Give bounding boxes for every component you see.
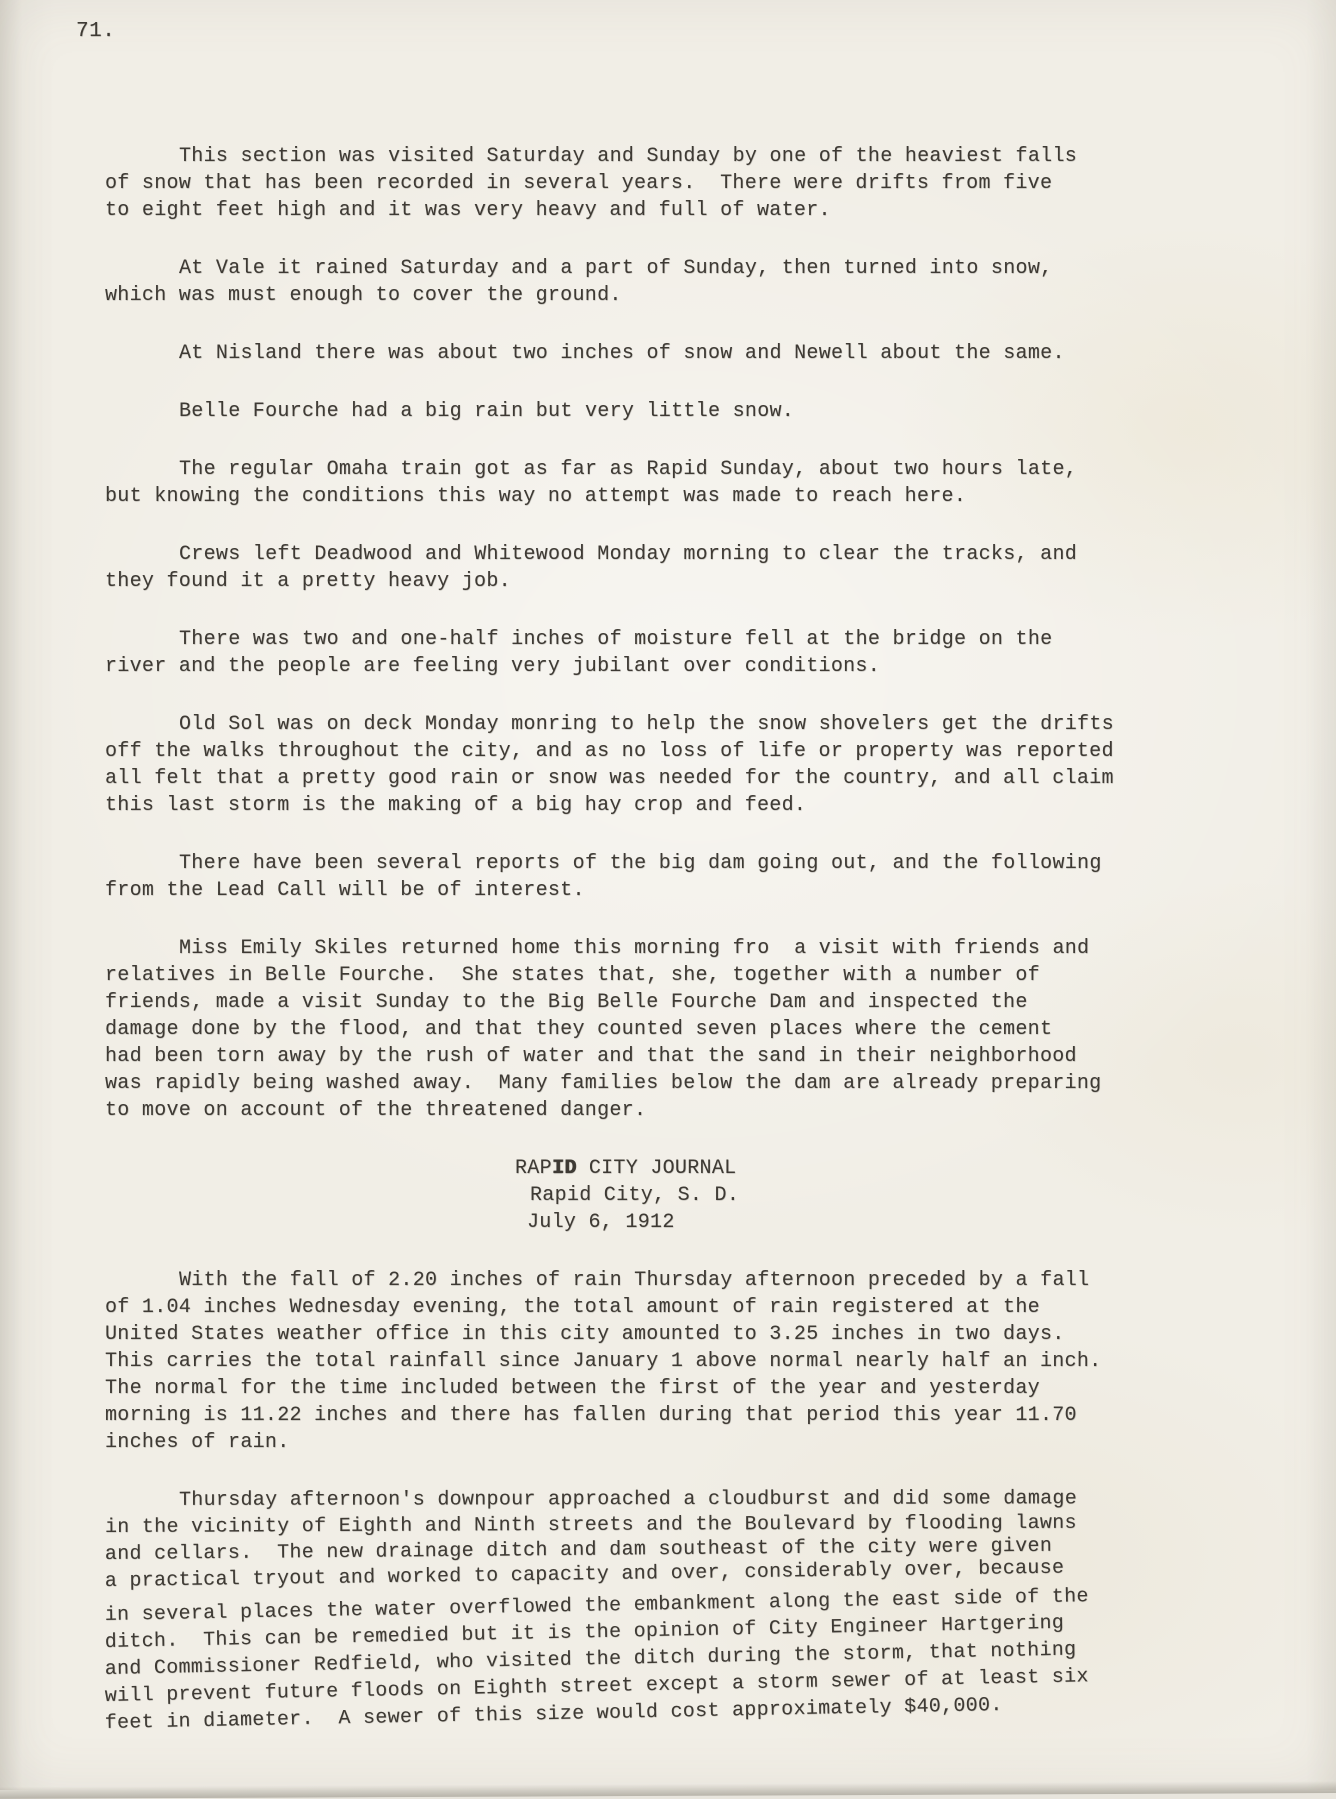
paragraph: Crews left Deadwood and Whitewood Monday… [105, 541, 1295, 595]
text-line: this last storm is the making of a big h… [105, 792, 1295, 819]
paragraph: Old Sol was on deck Monday monring to he… [105, 711, 1295, 819]
text-line: had been torn away by the rush of water … [105, 1043, 1295, 1070]
text-line: relatives in Belle Fourche. She states t… [105, 962, 1295, 989]
text-line: At Nisland there was about two inches of… [105, 340, 1295, 367]
paragraph: With the fall of 2.20 inches of rain Thu… [105, 1267, 1295, 1456]
text-line: to eight feet high and it was very heavy… [105, 197, 1295, 224]
text-line: Crews left Deadwood and Whitewood Monday… [105, 541, 1295, 568]
text-line: all felt that a pretty good rain or snow… [105, 765, 1295, 792]
paragraph: There have been several reports of the b… [105, 850, 1295, 904]
page-number: 71. [76, 20, 115, 43]
text-line: they found it a pretty heavy job. [105, 568, 1295, 595]
text-line: With the fall of 2.20 inches of rain Thu… [105, 1267, 1295, 1294]
paragraph: This section was visited Saturday and Su… [105, 143, 1295, 224]
scanned-document-page: 71. This section was visited Saturday an… [0, 0, 1336, 1790]
text-line: This section was visited Saturday and Su… [105, 143, 1295, 170]
paragraph: Thursday afternoon's downpour approached… [105, 1487, 1295, 1737]
scan-bottom-edge [0, 1781, 1336, 1790]
citation-source-prefix: RAP [515, 1157, 552, 1180]
text-line: Miss Emily Skiles returned home this mor… [105, 935, 1295, 962]
text-line: river and the people are feeling very ju… [105, 653, 1295, 680]
citation-source-overstruck-text: ID [552, 1157, 577, 1180]
paragraph: At Nisland there was about two inches of… [105, 340, 1295, 367]
paragraph: Belle Fourche had a big rain but very li… [105, 398, 1295, 425]
document-body: This section was visited Saturday and Su… [105, 143, 1295, 1768]
text-line: but knowing the conditions this way no a… [105, 483, 1295, 510]
text-line: inches of rain. [105, 1429, 1295, 1456]
paragraph: Miss Emily Skiles returned home this mor… [105, 935, 1295, 1124]
citation-block: RAPID CITY JOURNAL Rapid City, S. D. Jul… [515, 1155, 1295, 1236]
text-line: off the walks throughout the city, and a… [105, 738, 1295, 765]
text-line: which was must enough to cover the groun… [105, 282, 1295, 309]
text-line: There was two and one-half inches of moi… [105, 626, 1295, 653]
paragraph: There was two and one-half inches of moi… [105, 626, 1295, 680]
citation-source-suffix: CITY JOURNAL [577, 1157, 737, 1180]
text-line: morning is 11.22 inches and there has fa… [105, 1402, 1295, 1429]
text-line: Belle Fourche had a big rain but very li… [105, 398, 1295, 425]
citation-source: RAPID CITY JOURNAL [515, 1155, 1295, 1182]
text-line: of 1.04 inches Wednesday evening, the to… [105, 1294, 1295, 1321]
paragraph: At Vale it rained Saturday and a part of… [105, 255, 1295, 309]
text-line: from the Lead Call will be of interest. [105, 877, 1295, 904]
text-line: The normal for the time included between… [105, 1375, 1295, 1402]
text-line: There have been several reports of the b… [105, 850, 1295, 877]
text-line: damage done by the flood, and that they … [105, 1016, 1295, 1043]
paragraph: The regular Omaha train got as far as Ra… [105, 456, 1295, 510]
text-line: Old Sol was on deck Monday monring to he… [105, 711, 1295, 738]
text-line: At Vale it rained Saturday and a part of… [105, 255, 1295, 282]
text-line: of snow that has been recorded in severa… [105, 170, 1295, 197]
text-line: United States weather office in this cit… [105, 1321, 1295, 1348]
text-line: was rapidly being washed away. Many fami… [105, 1070, 1295, 1097]
citation-place: Rapid City, S. D. [515, 1182, 1295, 1209]
text-line: to move on account of the threatened dan… [105, 1097, 1295, 1124]
citation-date: July 6, 1912 [515, 1209, 1295, 1236]
text-line: The regular Omaha train got as far as Ra… [105, 456, 1295, 483]
text-line: friends, made a visit Sunday to the Big … [105, 989, 1295, 1016]
text-line: This carries the total rainfall since Ja… [105, 1348, 1295, 1375]
